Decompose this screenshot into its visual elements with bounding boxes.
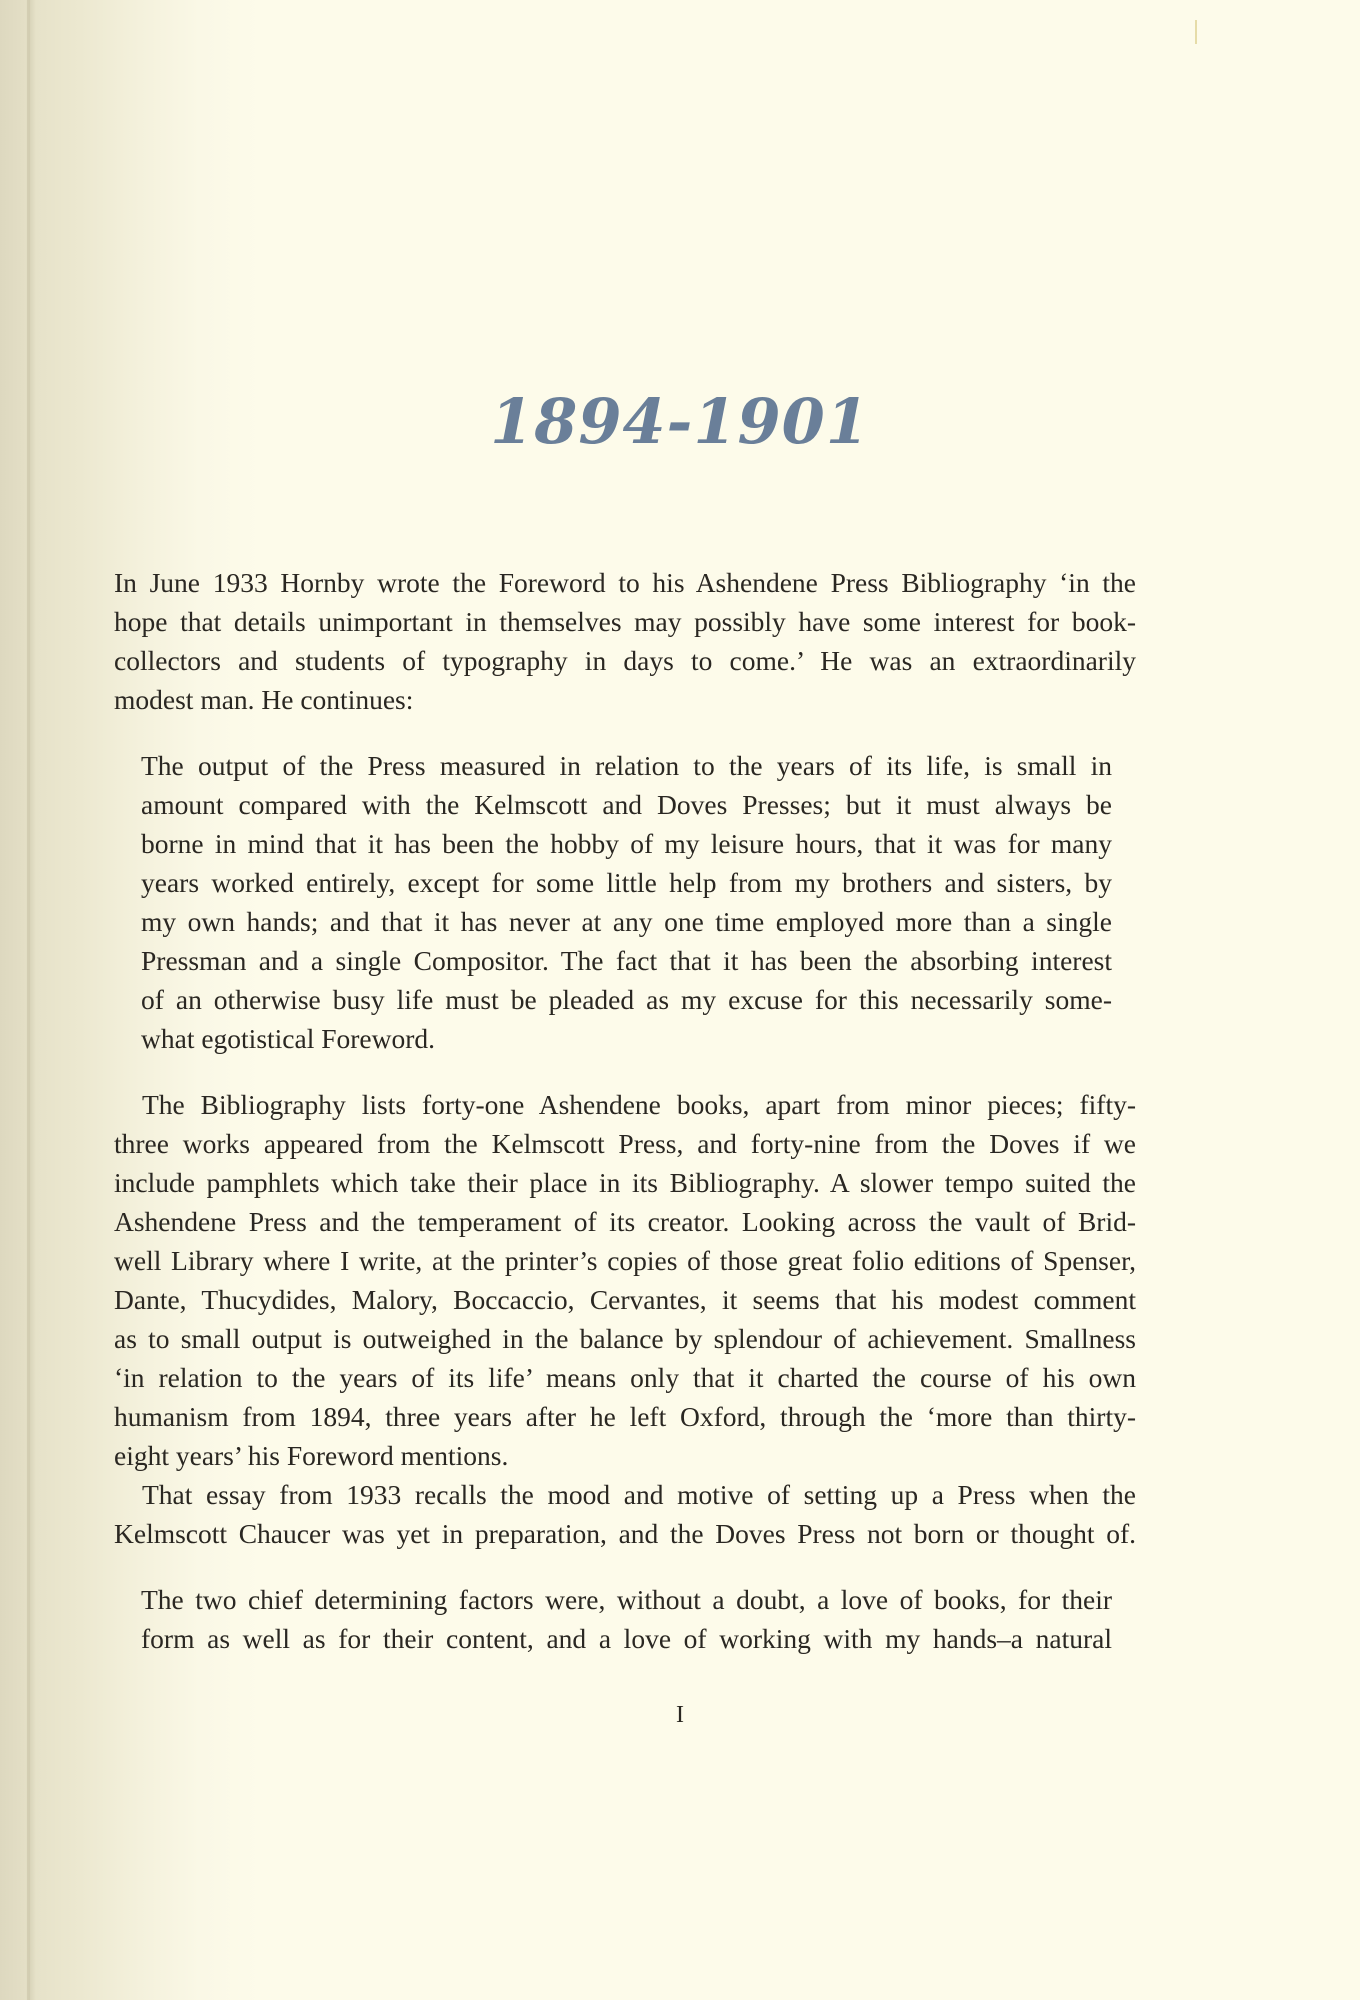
- text-line: humanism from 1894, three years after he…: [114, 1401, 1136, 1433]
- text-line: The Bibliography lists forty-one Ashende…: [114, 1089, 1136, 1121]
- quote-line: amount compared with the Kelmscott and D…: [141, 789, 1112, 821]
- text-line: include pamphlets which take their place…: [114, 1167, 1136, 1199]
- quote-line: Pressman and a single Compositor. The fa…: [141, 945, 1112, 977]
- text-line: Dante, Thucydides, Malory, Boccaccio, Ce…: [114, 1284, 1136, 1316]
- text-line: collectors and students of typography in…: [114, 645, 1136, 677]
- text-line: Ashendene Press and the temperament of i…: [114, 1206, 1136, 1238]
- gutter-shadow: [27, 0, 30, 2000]
- text-line: modest man. He continues:: [114, 684, 1136, 716]
- text-line: well Library where I write, at the print…: [114, 1245, 1136, 1277]
- text-line: hope that details unimportant in themsel…: [114, 606, 1136, 638]
- chapter-heading: 1894-1901: [0, 385, 1360, 458]
- text-line: Kelmscott Chaucer was yet in preparation…: [114, 1518, 1136, 1550]
- quote-line: form as well as for their content, and a…: [141, 1623, 1112, 1655]
- text-line: eight years’ his Foreword mentions.: [114, 1440, 1136, 1472]
- quote-line: The output of the Press measured in rela…: [141, 750, 1112, 782]
- quote-line: borne in mind that it has been the hobby…: [141, 828, 1112, 860]
- text-line: as to small output is outweighed in the …: [114, 1323, 1136, 1355]
- text-line: In June 1933 Hornby wrote the Foreword t…: [114, 567, 1136, 599]
- quote-line: my own hands; and that it has never at a…: [141, 906, 1112, 938]
- text-line: ‘in relation to the years of its life’ m…: [114, 1362, 1136, 1394]
- text-line: That essay from 1933 recalls the mood an…: [114, 1479, 1136, 1511]
- quote-line: The two chief determining factors were, …: [141, 1584, 1112, 1616]
- quote-line: what egotistical Foreword.: [141, 1023, 1112, 1055]
- quote-line: of an otherwise busy life must be pleade…: [141, 984, 1112, 1016]
- scan-mark: [1195, 20, 1197, 44]
- book-page: 1894-1901 In June 1933 Hornby wrote the …: [0, 0, 1360, 2000]
- quote-line: years worked entirely, except for some l…: [141, 867, 1112, 899]
- text-line: three works appeared from the Kelmscott …: [114, 1128, 1136, 1160]
- page-number: I: [0, 1702, 1360, 1729]
